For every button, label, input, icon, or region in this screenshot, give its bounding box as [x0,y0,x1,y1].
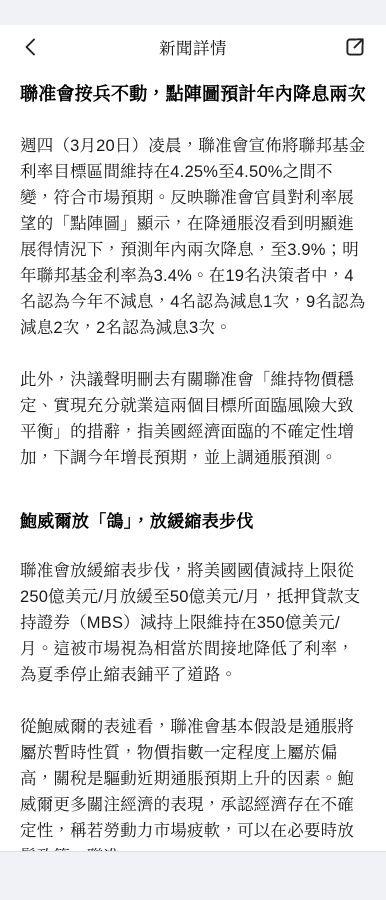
article-subheading: 鮑威爾放「鴿」，放緩縮表步伐 [20,507,366,532]
page-title: 新聞詳情 [48,35,338,59]
share-button[interactable] [338,30,372,64]
article-paragraph-4: 從鮑威爾的表述看，聯准會基本假設是通脹將屬於暫時性質，物價指數一定程度上屬於偏高… [20,714,366,870]
article-paragraph-2: 此外，決議聲明刪去有關聯准會「維持物價穩定、實現充分就業這兩個目標所面臨風險大致… [20,367,366,471]
nav-bar: 新聞詳情 [0,25,386,69]
share-external-icon [343,35,367,59]
article-paragraph-3: 聯准會放緩縮表步伐，將美國國債減持上限從250億美元/月放緩至50億美元/月，抵… [20,558,366,688]
article-content: 聯准會按兵不動，點陣圖預計年內降息兩次 週四（3月20日）凌晨，聯准會宣佈將聯邦… [0,69,386,870]
chevron-left-icon [20,36,42,58]
back-button[interactable] [14,30,48,64]
status-bar [0,0,386,25]
article-headline: 聯准會按兵不動，點陣圖預計年內降息兩次 [20,81,366,107]
article-paragraph-1: 週四（3月20日）凌晨，聯准會宣佈將聯邦基金利率目標區間維持在4.25%至4.5… [20,133,366,341]
bottom-bar [0,851,386,900]
news-detail-screen: 新聞詳情 聯准會按兵不動，點陣圖預計年內降息兩次 週四（3月20日）凌晨，聯准會… [0,0,386,900]
